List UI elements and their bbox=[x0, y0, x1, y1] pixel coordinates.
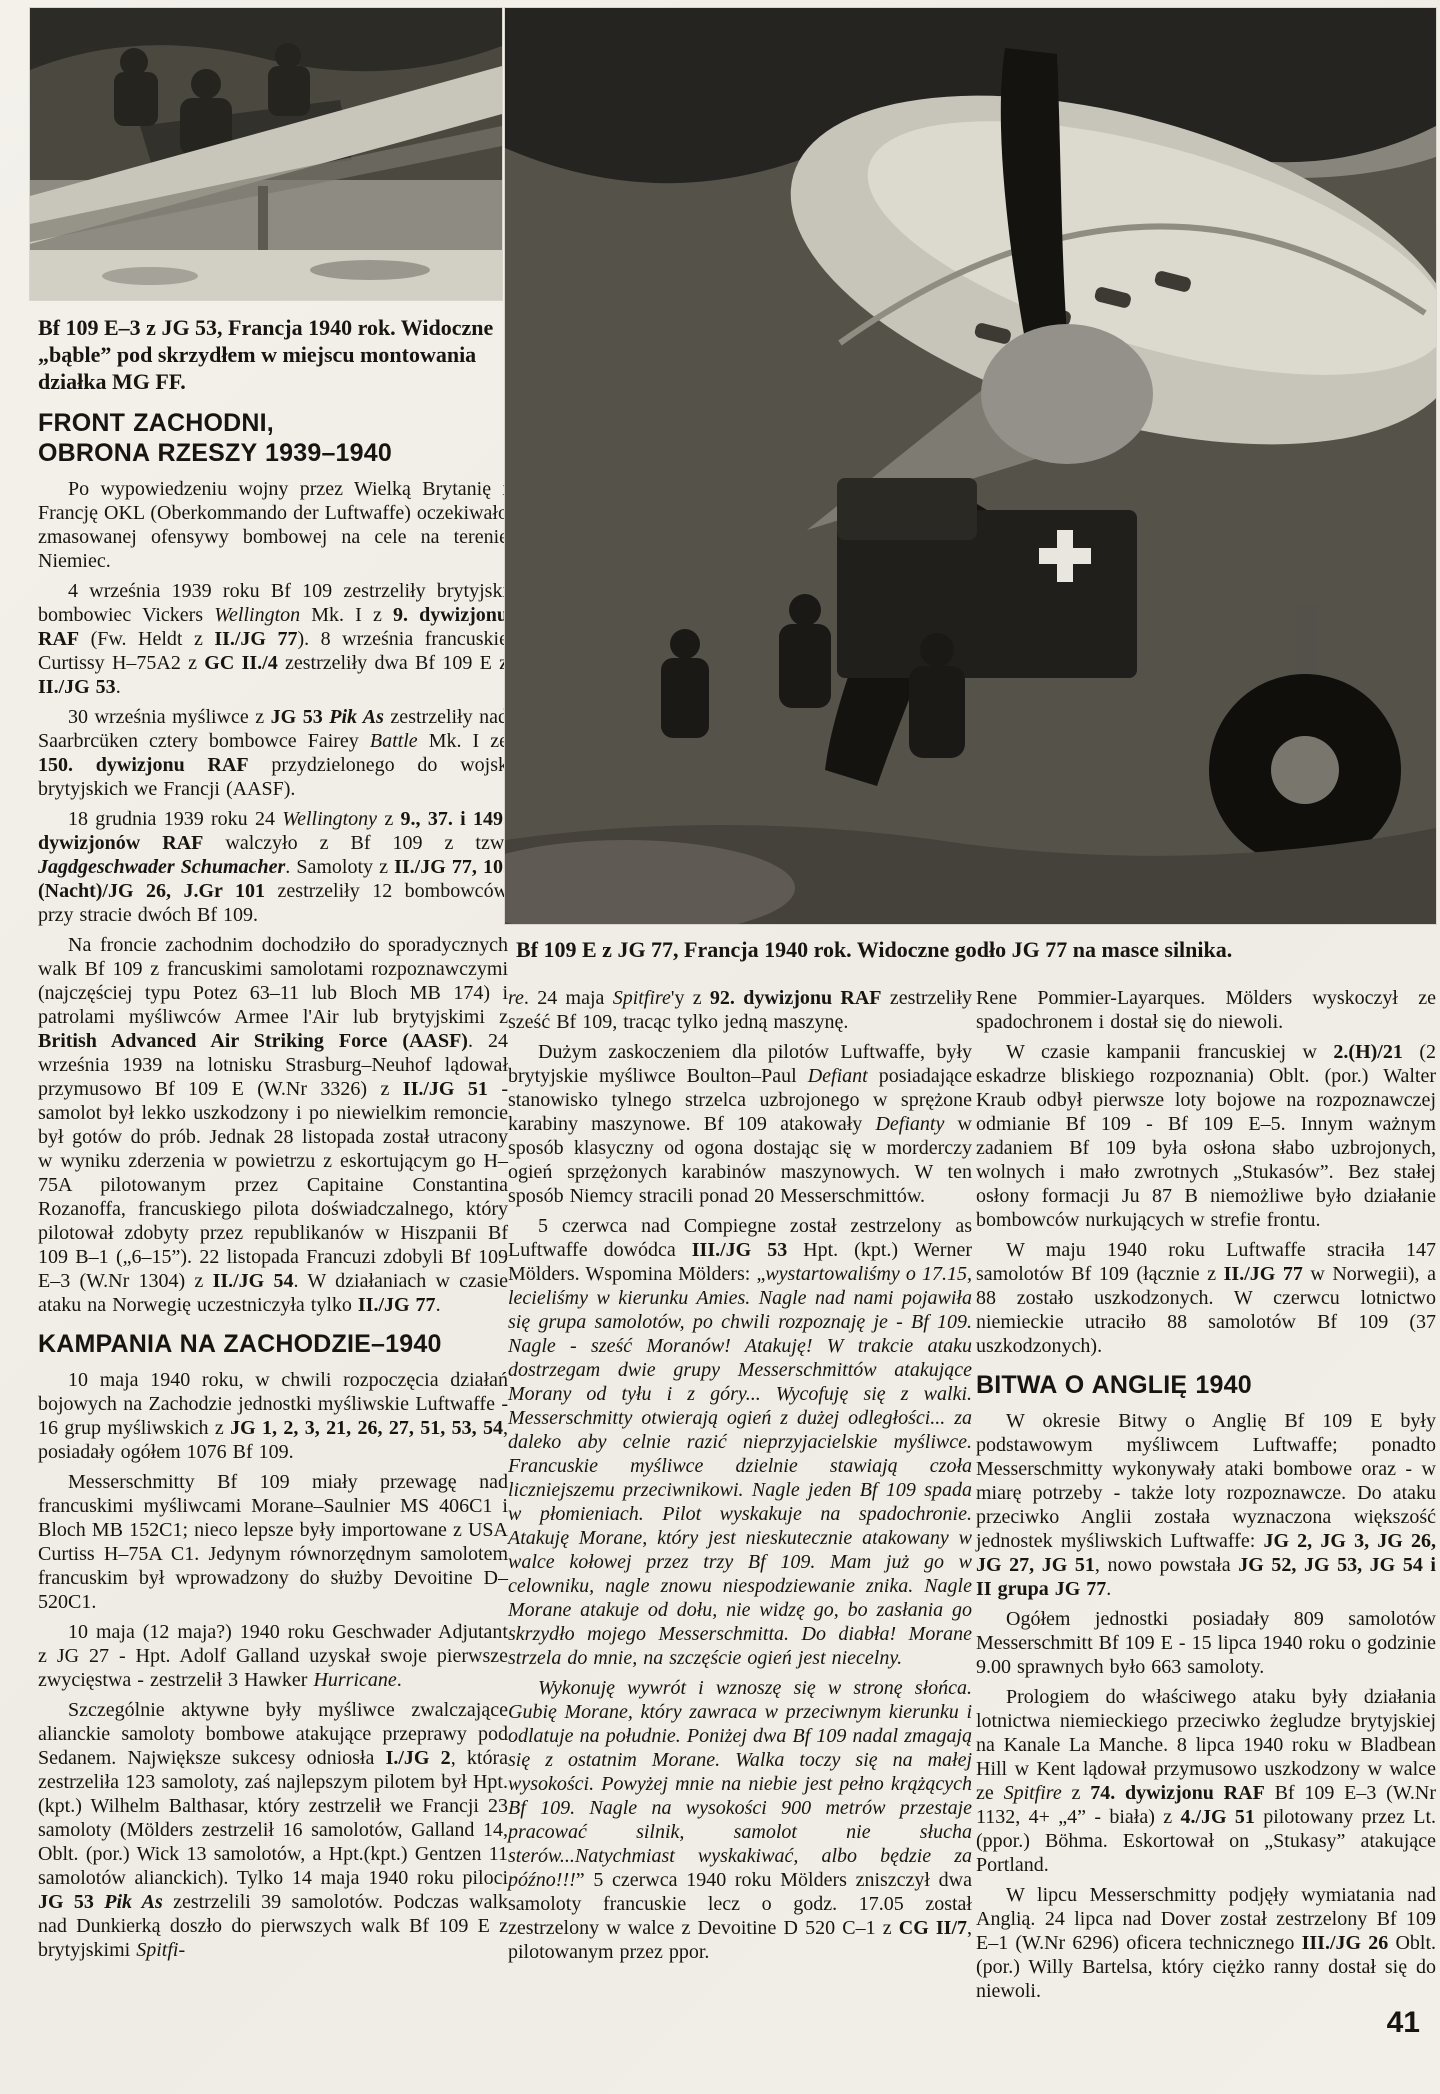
section-heading: BITWA O ANGLIĘ 1940 bbox=[976, 1370, 1436, 1400]
paragraph: Prologiem do właściwego ataku były dział… bbox=[976, 1685, 1436, 1877]
paragraph: 10 maja (12 maja?) 1940 roku Geschwader … bbox=[38, 1620, 508, 1692]
paragraph: Wykonuję wywrót i wznoszę się w stronę s… bbox=[508, 1676, 972, 1964]
photo-caption-left: Bf 109 E–3 z JG 53, Francja 1940 rok. Wi… bbox=[38, 314, 502, 395]
scanned-book-page: Bf 109 E–3 z JG 53, Francja 1940 rok. Wi… bbox=[0, 0, 1440, 2094]
column-right: Rene Pommier-Layarques. Mölders wyskoczy… bbox=[976, 986, 1436, 2009]
paragraph: re. 24 maja Spitfire'y z 92. dywizjonu R… bbox=[508, 986, 972, 1034]
paragraph: Rene Pommier-Layarques. Mölders wyskoczy… bbox=[976, 986, 1436, 1034]
photo-left-illustration bbox=[30, 8, 502, 300]
photo-caption-right: Bf 109 E z JG 77, Francja 1940 rok. Wido… bbox=[516, 936, 1432, 963]
page-number: 41 bbox=[1330, 2006, 1420, 2040]
paragraph: Szczególnie aktywne były myśliwce zwalcz… bbox=[38, 1698, 508, 1962]
spinner-base bbox=[981, 324, 1153, 464]
cannon-post bbox=[258, 186, 268, 254]
wheel-hub bbox=[1271, 736, 1339, 804]
section-heading: FRONT ZACHODNI,OBRONA RZESZY 1939–1940 bbox=[38, 408, 508, 468]
paragraph: W lipcu Messerschmitty podjęły wymiatani… bbox=[976, 1883, 1436, 2003]
paragraph: Messerschmitty Bf 109 miały przewagę nad… bbox=[38, 1470, 508, 1614]
paragraph: Na froncie zachodnim dochodziło do spora… bbox=[38, 933, 508, 1317]
paragraph: Ogółem jednostki posiadały 809 samolotów… bbox=[976, 1607, 1436, 1679]
paragraph: Po wypowiedzeniu wojny przez Wielką Bryt… bbox=[38, 477, 508, 573]
paragraph: W czasie kampanii francuskiej w 2.(H)/21… bbox=[976, 1040, 1436, 1232]
paragraph: 5 czerwca nad Compiegne został zestrzelo… bbox=[508, 1214, 972, 1670]
photo-bf109-e-jg77 bbox=[505, 8, 1436, 924]
paragraph: W okresie Bitwy o Anglię Bf 109 E były p… bbox=[976, 1409, 1436, 1601]
paragraph: 10 maja 1940 roku, w chwili rozpoczęcia … bbox=[38, 1368, 508, 1464]
paragraph: W maju 1940 roku Luftwaffe straciła 147 … bbox=[976, 1238, 1436, 1358]
column-middle: re. 24 maja Spitfire'y z 92. dywizjonu R… bbox=[508, 986, 972, 1970]
paragraph: Dużym zaskoczeniem dla pilotów Luftwaffe… bbox=[508, 1040, 972, 1208]
section-heading: KAMPANIA NA ZACHODZIE–1940 bbox=[38, 1329, 508, 1359]
paragraph: 30 września myśliwce z JG 53 Pik As zest… bbox=[38, 705, 508, 801]
ground-light bbox=[30, 250, 502, 300]
paragraph: 4 września 1939 roku Bf 109 zestrzeliły … bbox=[38, 579, 508, 699]
photo-right-illustration bbox=[505, 8, 1436, 924]
photo-bf109-e3-jg53 bbox=[30, 8, 502, 300]
paragraph: 18 grudnia 1939 roku 24 Wellingtony z 9.… bbox=[38, 807, 508, 927]
column-left: FRONT ZACHODNI,OBRONA RZESZY 1939–1940Po… bbox=[38, 408, 508, 1968]
